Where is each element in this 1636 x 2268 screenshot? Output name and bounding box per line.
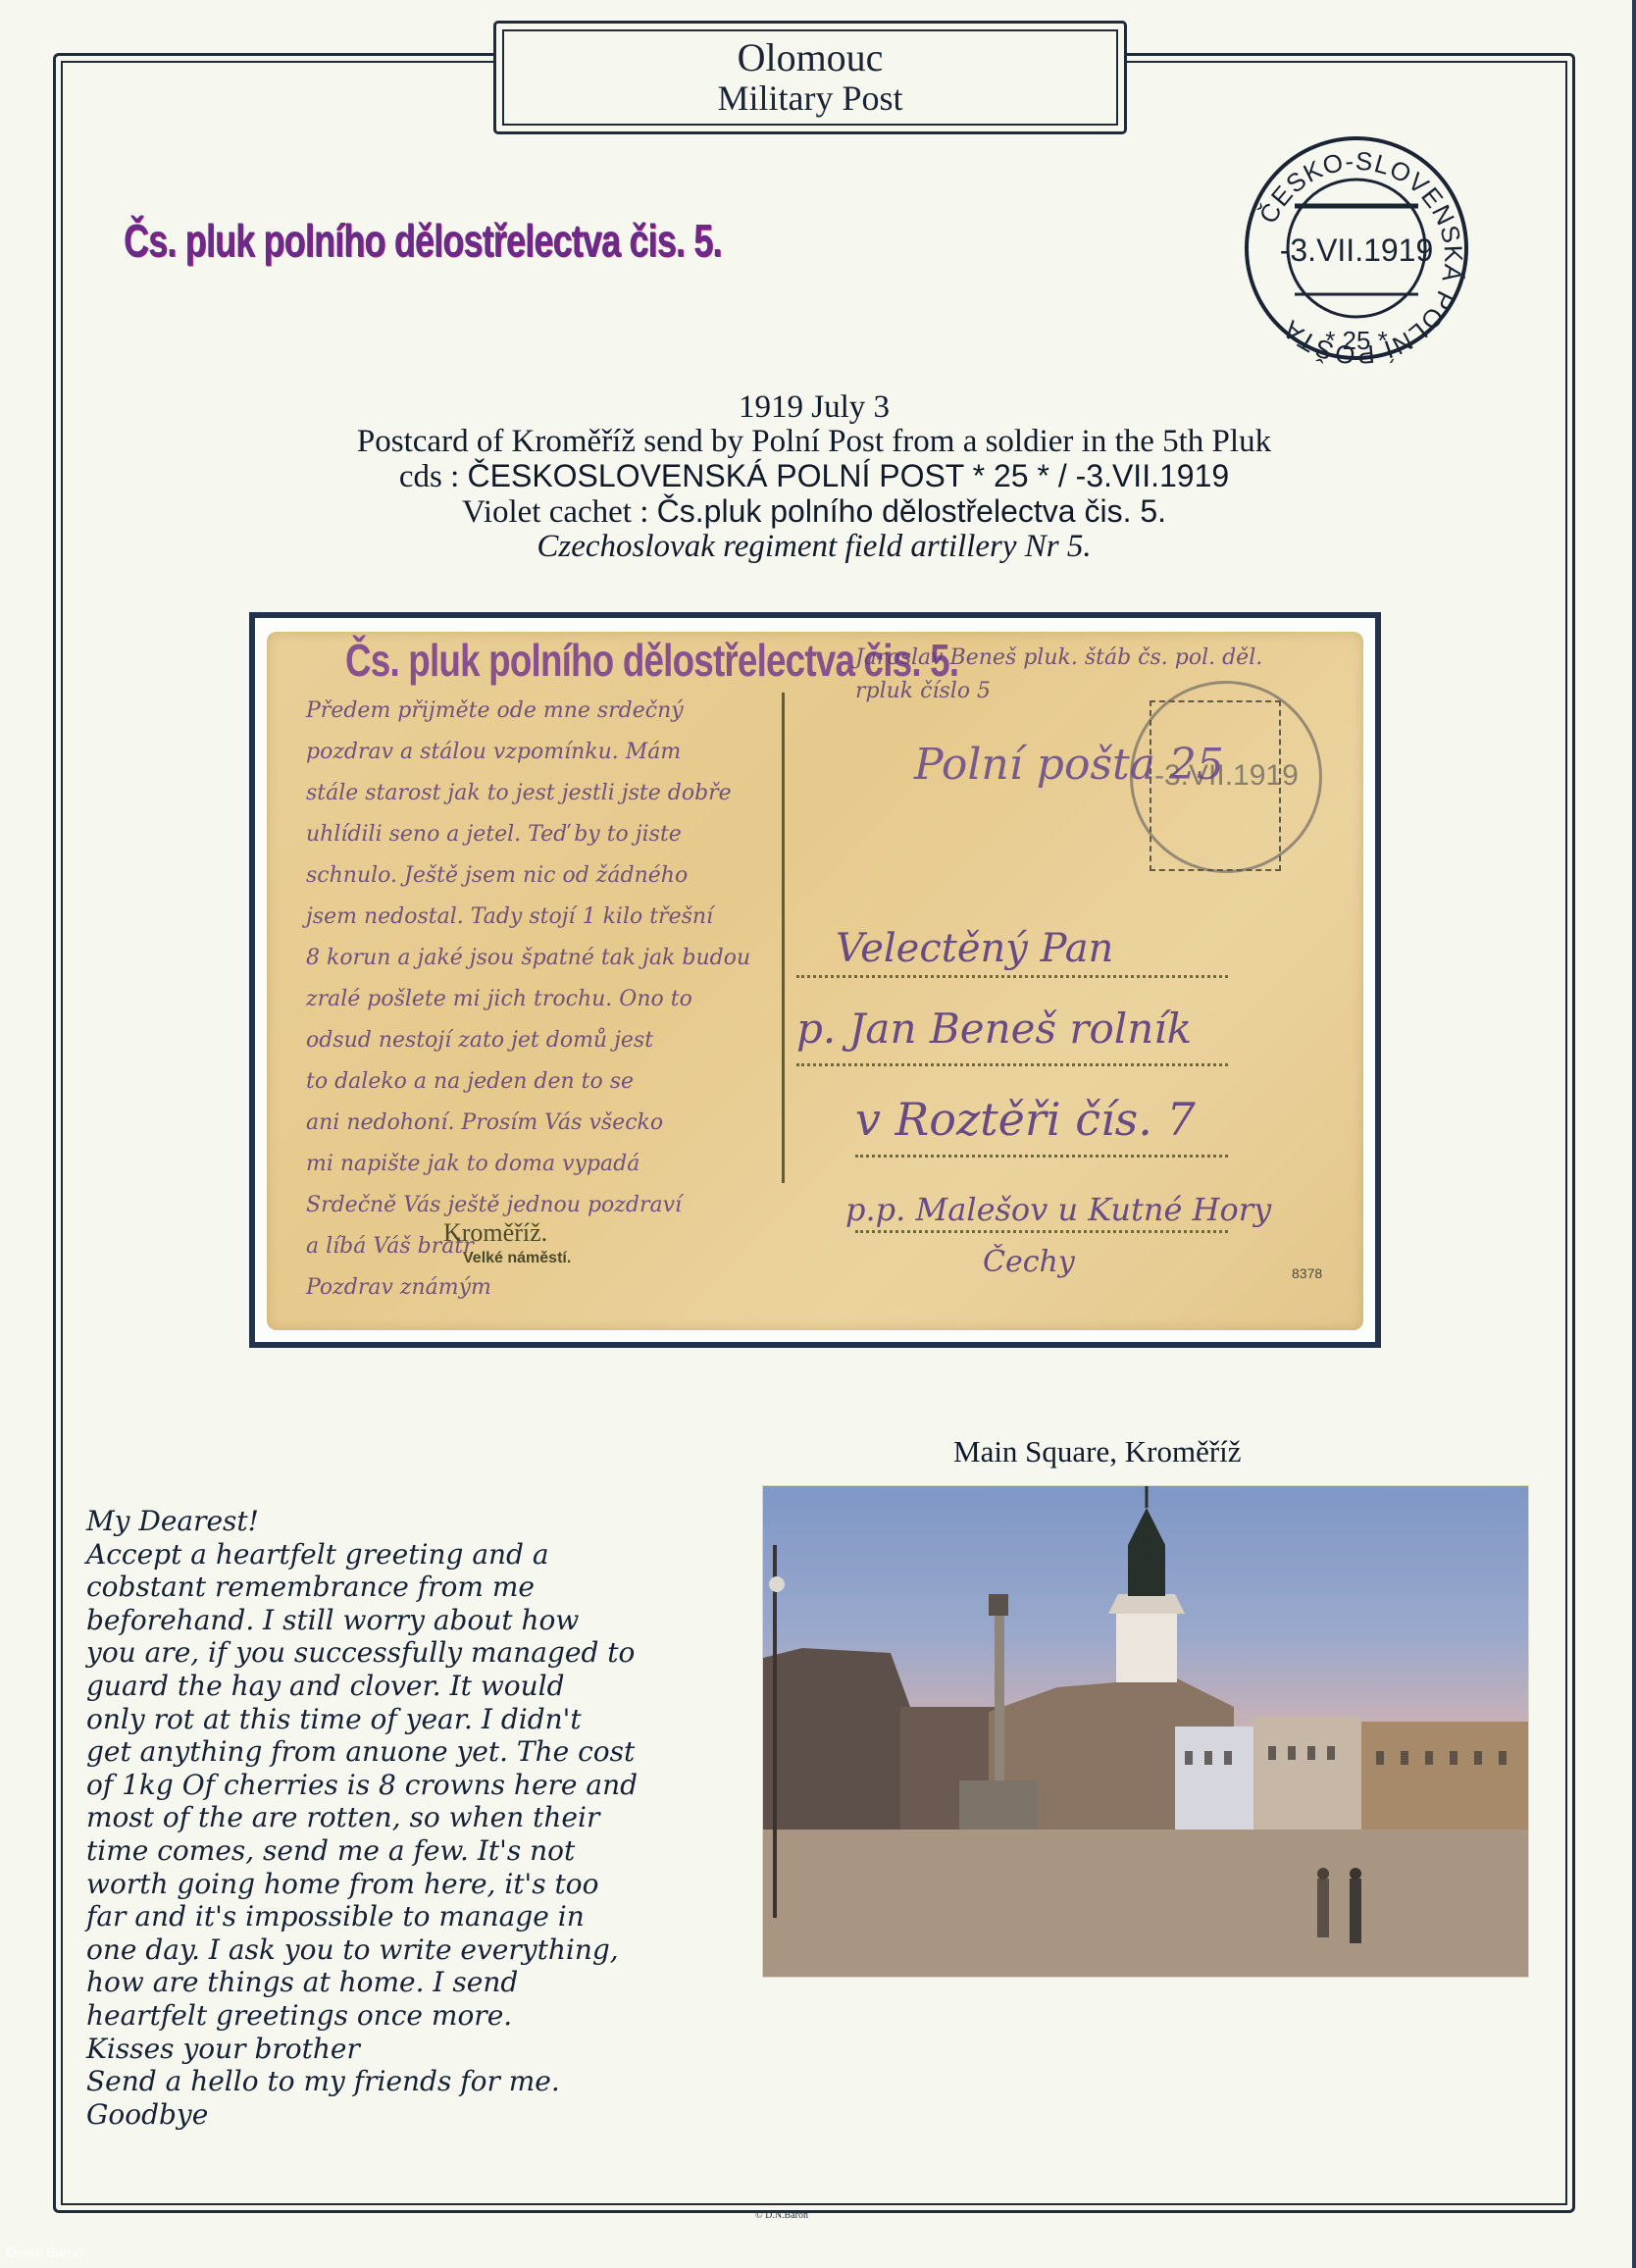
page-title: Olomouc: [738, 37, 884, 78]
description-line: Postcard of Kroměříž send by Polní Post …: [157, 425, 1471, 459]
postcard-divider: [782, 693, 785, 1183]
translation-line: most of the are rotten, so when their: [86, 1801, 714, 1834]
postcard-picture-side: [762, 1485, 1529, 1978]
translation-line: how are things at home. I send: [86, 1966, 714, 1999]
description: 1919 July 3 Postcard of Kroměříž send by…: [157, 390, 1471, 564]
translation-line: Send a hello to my friends for me.: [86, 2065, 714, 2098]
translation-line: Accept a heartfelt greeting and a: [86, 1538, 714, 1572]
address-line-3: [855, 1155, 1228, 1158]
main-square-illustration: [763, 1486, 1528, 1977]
description-cds: cds : ČESKOSLOVENSKÁ POLNÍ POST * 25 * /…: [157, 459, 1471, 494]
address-line-1: [796, 975, 1228, 978]
translation-line: heartfelt greetings once more.: [86, 1999, 714, 2033]
cds-date: -3.VII.1919: [1280, 232, 1434, 268]
translation-line: beforehand. I still worry about how: [86, 1604, 714, 1637]
translation-line: only rot at this time of year. I didn't: [86, 1703, 714, 1736]
translation-line: Goodbye: [86, 2098, 714, 2132]
address-line-4: [855, 1230, 1228, 1233]
title-box: Olomouc Military Post: [493, 21, 1127, 134]
addressee-country: Čechy: [983, 1245, 1075, 1279]
description-cachet: Violet cachet : Čs.pluk polního dělostře…: [157, 494, 1471, 530]
postcard-printed-subtitle: Velké náměstí.: [463, 1250, 571, 1267]
translation-line: of 1kg Of cherries is 8 crowns here and: [86, 1769, 714, 1802]
addressee-post: p.p. Malešov u Kutné Hory: [845, 1191, 1271, 1228]
translation-text: My Dearest! Accept a heartfelt greeting …: [86, 1505, 714, 2131]
postcard-printed-title: Kroměříž.: [443, 1218, 547, 1248]
description-translation: Czechoslovak regiment field artillery Nr…: [157, 530, 1471, 564]
addressee-name: p. Jan Beneš rolník: [796, 1005, 1192, 1053]
cds-office-number: * 25 *: [1325, 326, 1388, 355]
addressee-town: v Roztěři čís. 7: [855, 1093, 1196, 1146]
scan-edge: [1632, 0, 1636, 2268]
picture-caption: Main Square, Kroměříž: [953, 1434, 1242, 1469]
address-line-2: [796, 1063, 1228, 1066]
cachet-replica: Čs. pluk polního dělostřelectva čis. 5.: [124, 214, 722, 267]
translation-line: guard the hay and clover. It would: [86, 1670, 714, 1703]
watermark: Derek Baron: [6, 2244, 83, 2260]
postcard-address-side: Čs. pluk polního dělostřelectva čis. 5. …: [267, 632, 1363, 1330]
translation-line: you are, if you successfully managed to: [86, 1636, 714, 1670]
publisher-number: 8378: [1292, 1265, 1322, 1281]
cds-postmark-replica: ČESKO-SLOVENSKÁ POLNÍ POŠTA -3.VII.1919 …: [1214, 126, 1499, 381]
addressee-salutation: Velectěný Pan: [836, 926, 1113, 971]
translation-line: time comes, send me a few. It's not: [86, 1834, 714, 1868]
translation-line: cobstant remembrance from me: [86, 1571, 714, 1604]
description-date: 1919 July 3: [157, 390, 1471, 425]
translation-line: one day. I ask you to write everything,: [86, 1933, 714, 1967]
postcard-polni-posta: Polní pošta 25: [914, 740, 1224, 790]
translation-line: far and it's impossible to manage in: [86, 1900, 714, 1933]
translation-line: worth going home from here, it's too: [86, 1868, 714, 1901]
copyright: © D.N.Baron: [755, 2210, 808, 2221]
page-subtitle: Military Post: [717, 78, 902, 118]
postcard-message: Předem přijměte ode mne srdečný pozdrav …: [306, 691, 767, 1309]
translation-line: Kisses your brother: [86, 2033, 714, 2066]
translation-line: My Dearest!: [86, 1505, 714, 1538]
translation-line: get anything from anuone yet. The cost: [86, 1735, 714, 1769]
postcard-mount: Čs. pluk polního dělostřelectva čis. 5. …: [249, 612, 1381, 1348]
